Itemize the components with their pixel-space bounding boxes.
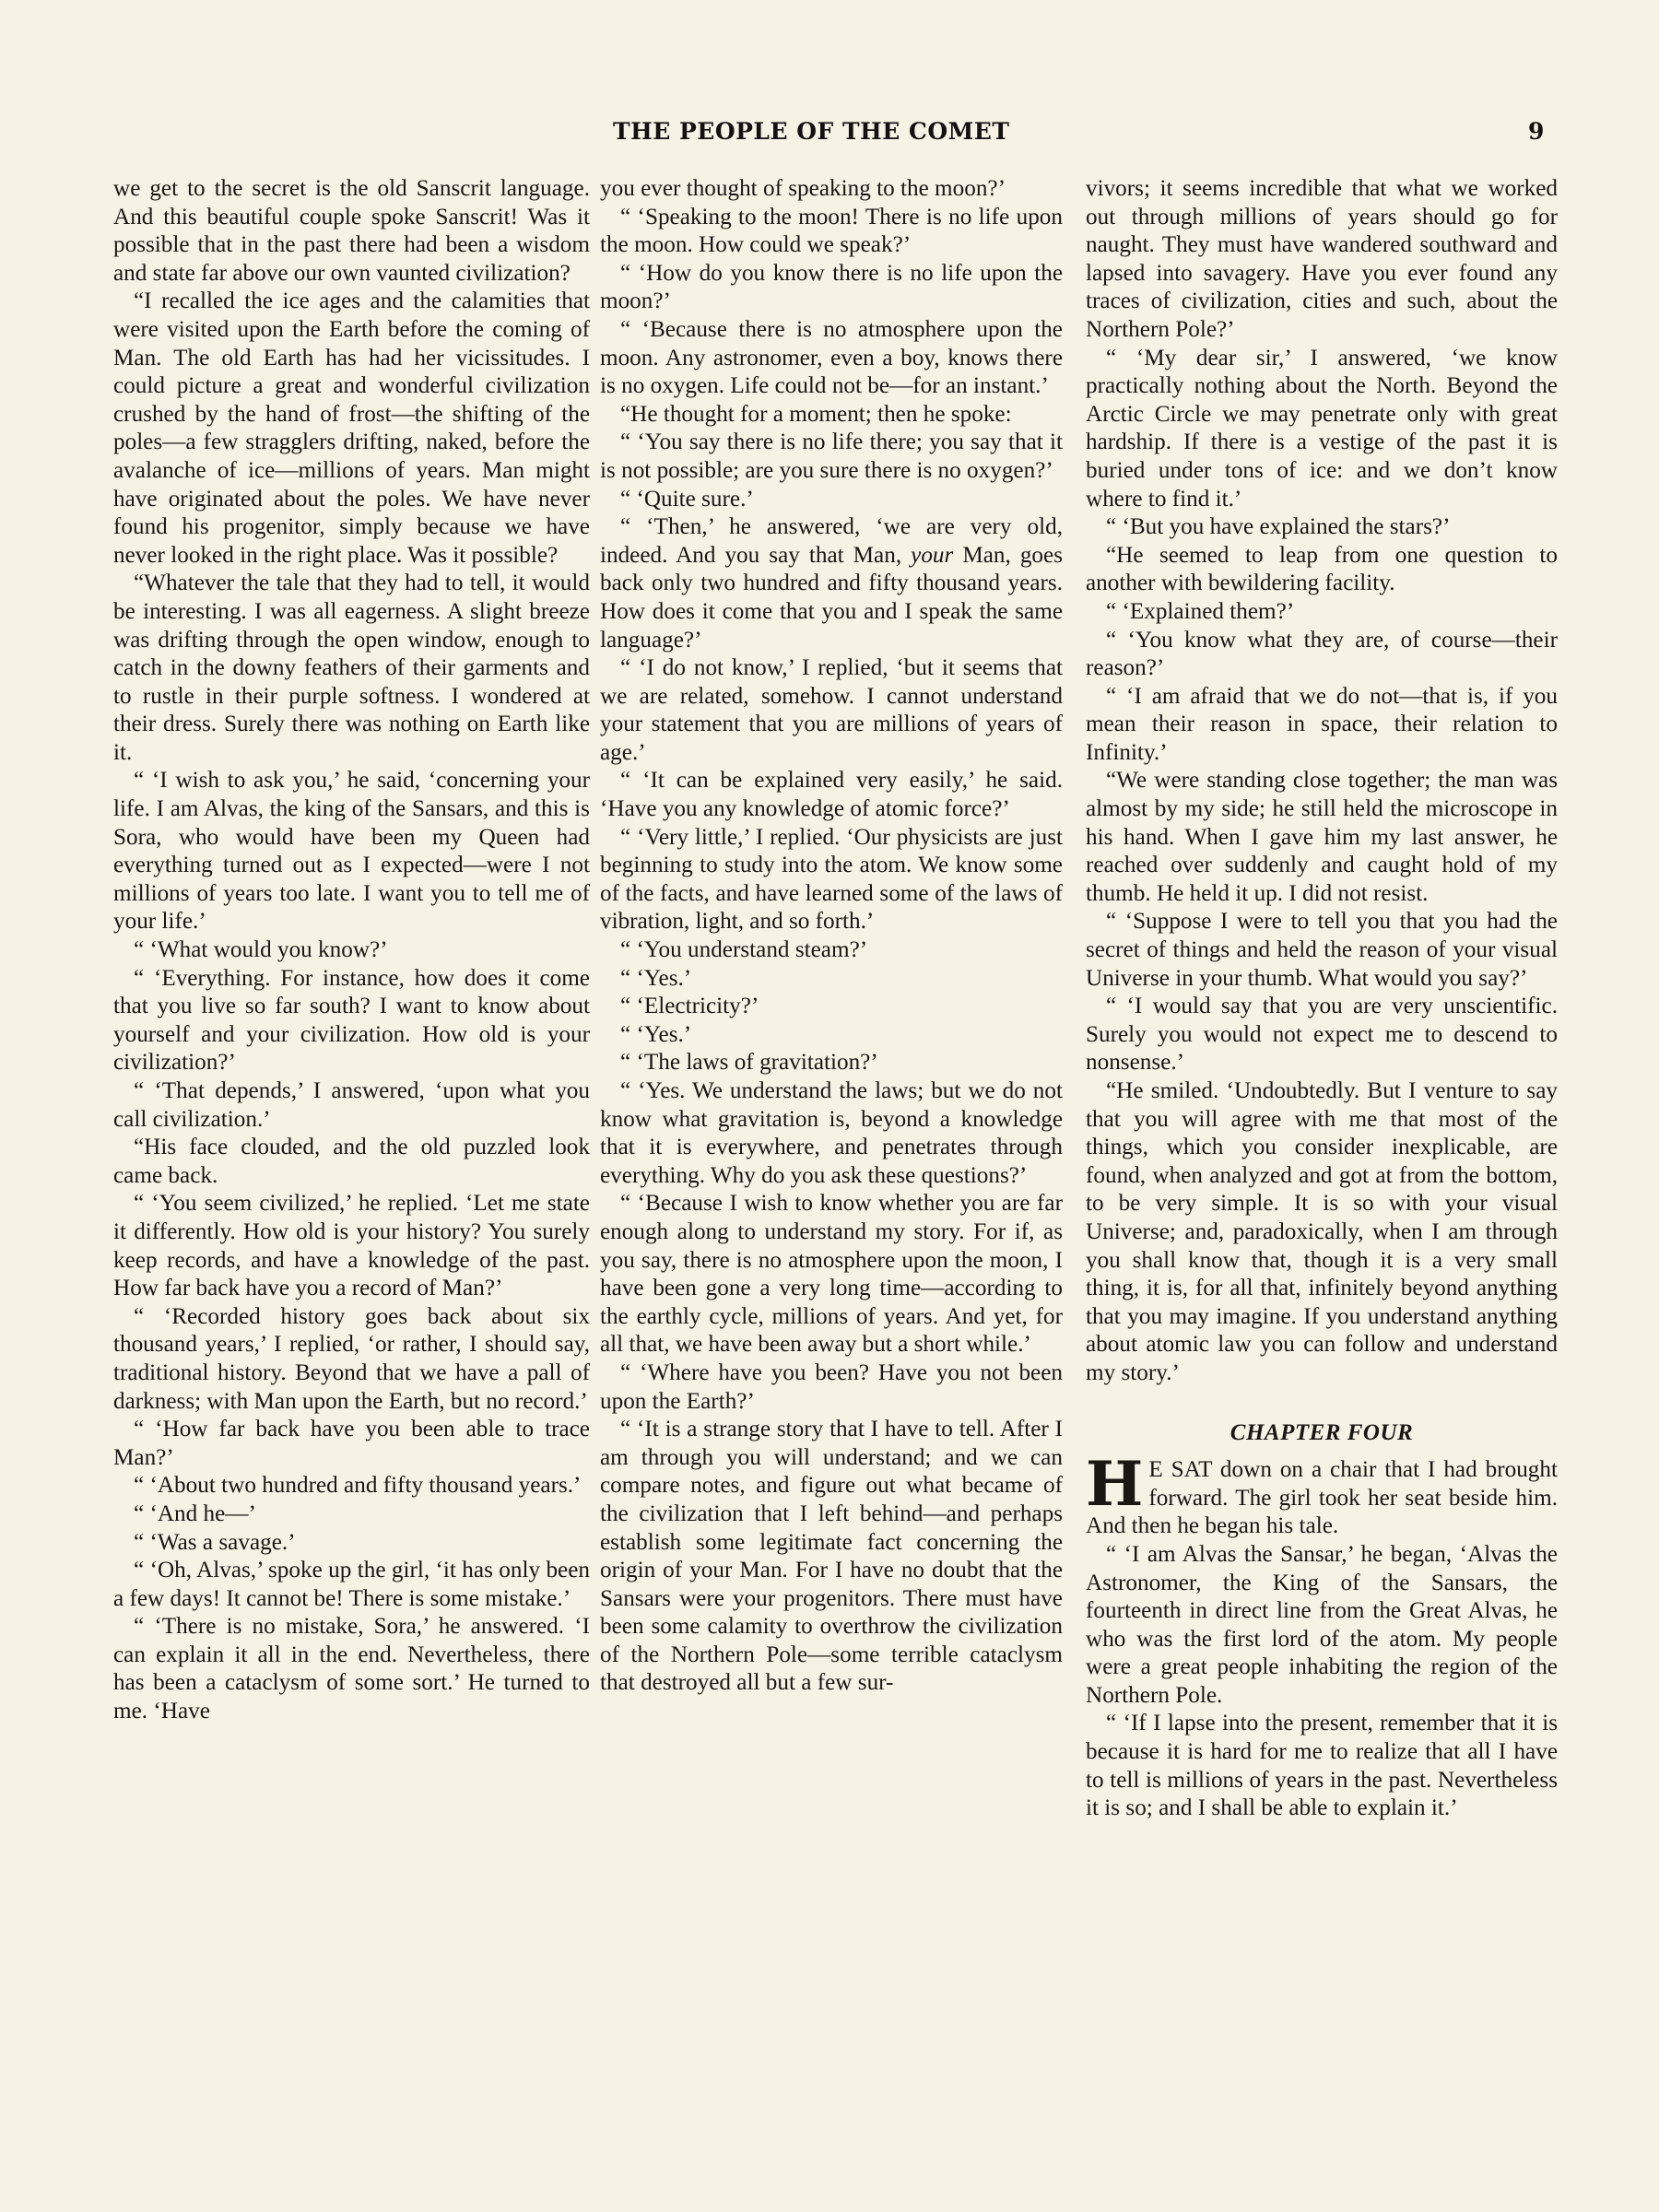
paragraph: “ ‘What would you know?’	[113, 936, 590, 965]
italic-emphasis: your	[911, 543, 953, 568]
paragraph: “ ‘Yes.’	[600, 965, 1063, 994]
paragraph: “ ‘Everything. For instance, how does it…	[113, 965, 590, 1077]
paragraph: “ ‘I wish to ask you,’ he said, ‘concern…	[113, 767, 590, 936]
paragraph: “ ‘You know what they are, of course—the…	[1086, 627, 1558, 683]
paragraph: “ ‘Yes.’	[600, 1021, 1063, 1050]
paragraph: “ ‘Was a savage.’	[113, 1529, 590, 1558]
paragraph: “ ‘I do not know,’ I replied, ‘but it se…	[600, 654, 1063, 767]
chapter-opening-paragraph: HE SAT down on a chair that I had brough…	[1086, 1456, 1558, 1541]
paragraph: vivors; it seems incredible that what we…	[1086, 175, 1558, 345]
text-column-right: vivors; it seems incredible that what we…	[1086, 175, 1558, 1823]
paragraph: we get to the secret is the old Sanscrit…	[113, 175, 590, 288]
paragraph: “He smiled. ‘Undoubtedly. But I venture …	[1086, 1077, 1558, 1388]
paragraph: “ ‘If I lapse into the present, remember…	[1086, 1710, 1558, 1822]
paragraph: you ever thought of speaking to the moon…	[600, 175, 1063, 204]
paragraph: “ ‘It can be explained very easily,’ he …	[600, 767, 1063, 823]
chapter-opening-text: E SAT down on a chair that I had brought…	[1086, 1457, 1558, 1538]
paragraph: “ ‘Yes. We understand the laws; but we d…	[600, 1077, 1063, 1190]
text-column-middle: you ever thought of speaking to the moon…	[600, 175, 1063, 1698]
paragraph: “ ‘Explained them?’	[1086, 598, 1558, 627]
paragraph: “ ‘But you have explained the stars?’	[1086, 513, 1558, 542]
paragraph: “We were standing close together; the ma…	[1086, 767, 1558, 908]
paragraph: “His face clouded, and the old puzzled l…	[113, 1134, 590, 1190]
paragraph: “ ‘How far back have you been able to tr…	[113, 1416, 590, 1472]
paragraph: “ ‘There is no mistake, Sora,’ he answer…	[113, 1613, 590, 1725]
paragraph: “ ‘Recorded history goes back about six …	[113, 1303, 590, 1416]
running-header: THE PEOPLE OF THE COMET 9	[0, 118, 1659, 155]
drop-cap: H	[1086, 1460, 1143, 1508]
paragraph: “ ‘I am afraid that we do not—that is, i…	[1086, 683, 1558, 768]
chapter-heading: CHAPTER FOUR	[1086, 1419, 1558, 1448]
paragraph: “ ‘I am Alvas the Sansar,’ he began, ‘Al…	[1086, 1541, 1558, 1711]
paragraph: “ ‘You seem civilized,’ he replied. ‘Let…	[113, 1190, 590, 1302]
paragraph: “Whatever the tale that they had to tell…	[113, 570, 590, 767]
paragraph: “ ‘Oh, Alvas,’ spoke up the girl, ‘it ha…	[113, 1557, 590, 1613]
paragraph: “ ‘My dear sir,’ I answered, ‘we know pr…	[1086, 345, 1558, 514]
paragraph: “ ‘About two hundred and fifty thousand …	[113, 1472, 590, 1500]
paragraph: “I recalled the ice ages and the calamit…	[113, 288, 590, 570]
paragraph: “ ‘That depends,’ I answered, ‘upon what…	[113, 1077, 590, 1134]
paragraph: “ ‘Electricity?’	[600, 993, 1063, 1021]
paragraph: “ ‘How do you know there is no life upon…	[600, 260, 1063, 316]
paragraph: “ ‘Quite sure.’	[600, 486, 1063, 514]
paragraph: “ ‘You say there is no life there; you s…	[600, 429, 1063, 485]
paragraph: “ ‘Suppose I were to tell you that you h…	[1086, 908, 1558, 993]
paragraph: “ ‘I would say that you are very unscien…	[1086, 993, 1558, 1077]
paragraph: “ ‘Because there is no atmosphere upon t…	[600, 316, 1063, 401]
paragraph: “ ‘The laws of gravitation?’	[600, 1049, 1063, 1077]
paragraph: “He seemed to leap from one question to …	[1086, 542, 1558, 598]
page-number: 9	[1528, 118, 1544, 145]
paragraph: “ ‘Where have you been? Have you not bee…	[600, 1359, 1063, 1416]
paragraph: “ ‘Because I wish to know whether you ar…	[600, 1190, 1063, 1359]
running-title: THE PEOPLE OF THE COMET	[613, 118, 1009, 145]
paragraph: “ ‘You understand steam?’	[600, 936, 1063, 965]
paragraph: “ ‘Speaking to the moon! There is no lif…	[600, 204, 1063, 260]
paragraph: “ ‘It is a strange story that I have to …	[600, 1416, 1063, 1698]
paragraph: “ ‘Very little,’ I replied. ‘Our physici…	[600, 824, 1063, 936]
paragraph-with-italic: “ ‘Then,’ he answered, ‘we are very old,…	[600, 513, 1063, 654]
paragraph: “He thought for a moment; then he spoke:	[600, 401, 1063, 429]
text-column-left: we get to the secret is the old Sanscrit…	[113, 175, 590, 1726]
paragraph: “ ‘And he—’	[113, 1500, 590, 1529]
